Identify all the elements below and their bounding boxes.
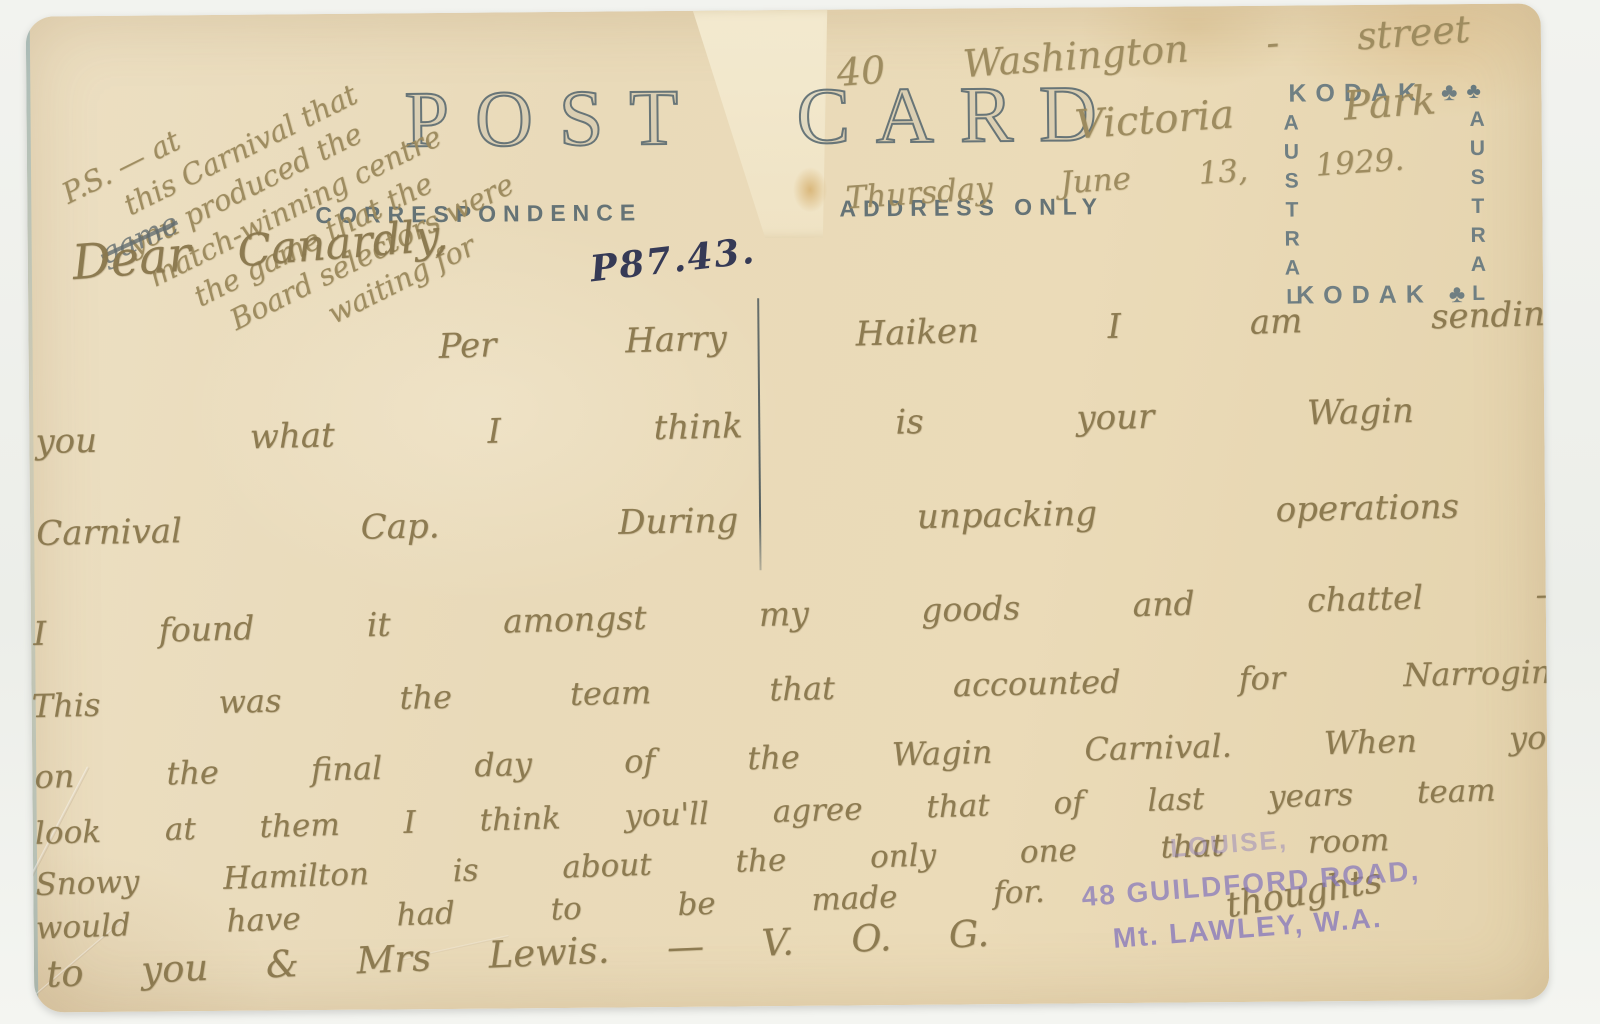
letter-line: you what I think is your Wagin [35, 391, 1414, 462]
letter-line: Per Harry Haiken I am sending [438, 293, 1549, 366]
address-suburb-word: Victoria [1073, 91, 1235, 148]
postcard: POST CARD CORRESPONDENCE ADDRESS ONLY KO… [26, 3, 1550, 1012]
scan-background: POST CARD CORRESPONDENCE ADDRESS ONLY KO… [0, 0, 1600, 1024]
salutation-dear: Dear [70, 226, 192, 291]
tape-stain [787, 160, 834, 220]
letter-line: I found it amongst my goods and chattel … [33, 574, 1550, 653]
letter-line: This was the team that accounted for Nar… [31, 653, 1549, 725]
club-symbol-icon: ♣ [1466, 78, 1481, 104]
receiver-address-stamp: LOUISE, 48 GUILDFORD ROAD, Mt. LAWLEY, W… [1077, 809, 1425, 962]
address-suburb: VictoriaPark [1073, 77, 1437, 148]
address-suburb-word: Park [1342, 77, 1437, 129]
letter-line: Carnival Cap. During unpacking operation… [36, 487, 1459, 554]
catalog-number: P87.43. [588, 230, 758, 291]
